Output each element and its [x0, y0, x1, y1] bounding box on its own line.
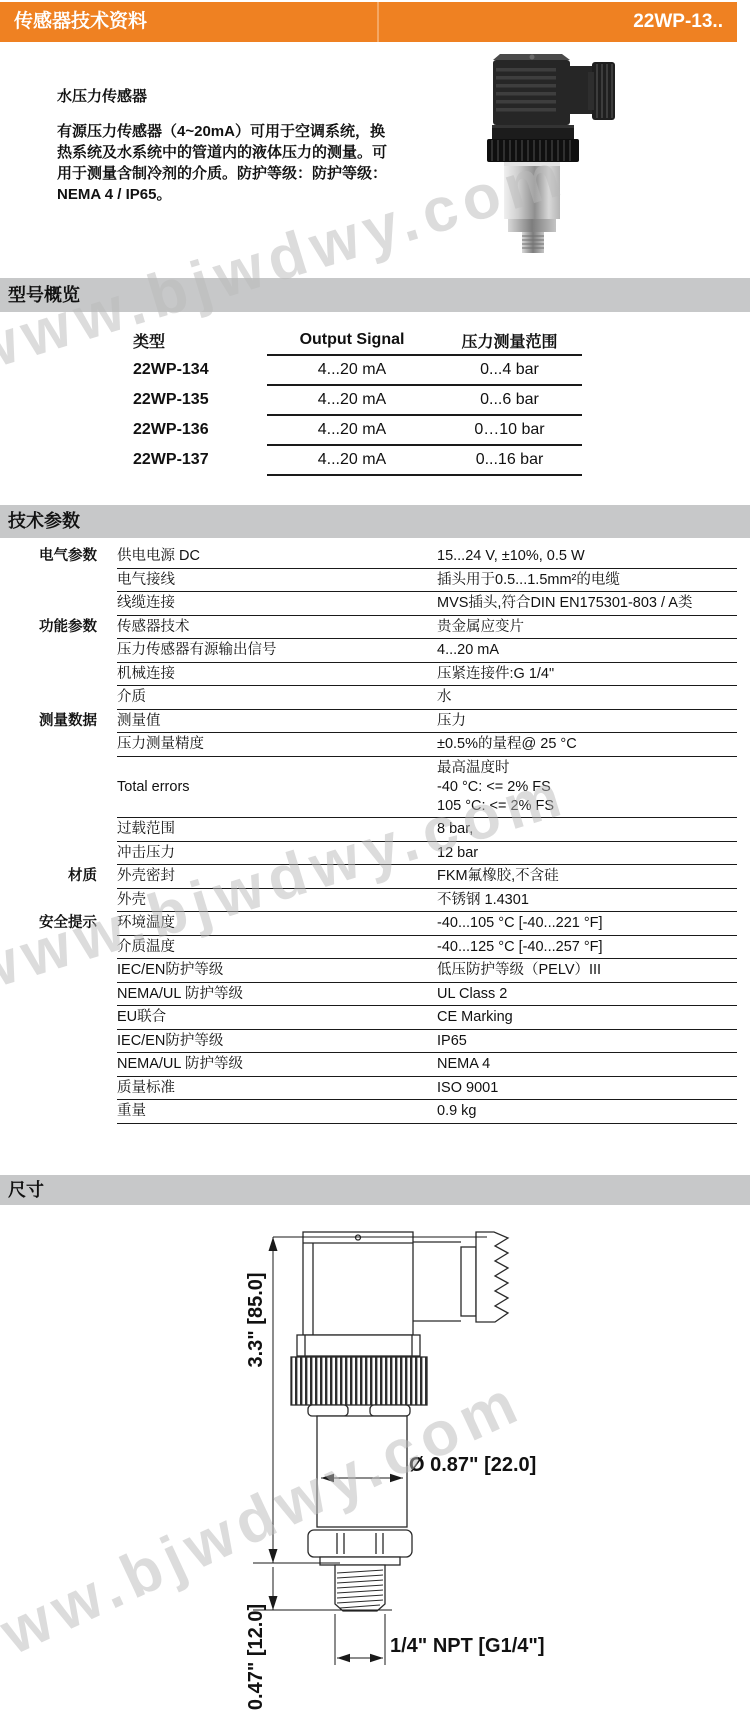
tech-category-cell: 电气参数 [10, 545, 117, 568]
tech-table-row: 压力测量精度 ±0.5%的量程@ 25 °C [10, 733, 737, 757]
model-output-cell: 4...20 mA [267, 385, 437, 415]
tech-value-cell: MVS插头,符合DIN EN175301-803 / A类 [437, 592, 737, 616]
datasheet-page: www.bjwdwy.com www.bjwdwy.com www.bjwdwy… [0, 0, 750, 1714]
model-type-cell: 22WP-137 [133, 445, 267, 475]
tech-category-cell [10, 841, 117, 865]
model-table-row: 22WP-135 4...20 mA 0...6 bar [133, 385, 582, 415]
tech-category-cell [10, 1006, 117, 1030]
tech-parameter-cell: 线缆连接 [117, 592, 437, 616]
tech-table-row: 线缆连接 MVS插头,符合DIN EN175301-803 / A类 [10, 592, 737, 616]
tech-category-cell [10, 568, 117, 592]
tech-category-cell: 材质 [10, 865, 117, 889]
tech-table-body: 电气参数 供电电源 DC 15...24 V, ±10%, 0.5 W 电气接线… [10, 545, 737, 1123]
tech-parameter-cell: IEC/EN防护等级 [117, 1029, 437, 1053]
dimensions-drawing: 3.3" [85.0] 0.47" [12.0] Ø 0.87" [22.0] … [0, 1205, 750, 1714]
tech-parameter-cell: 冲击压力 [117, 841, 437, 865]
column-header-pressure-range: 压力测量范围 [437, 326, 582, 355]
model-type-cell: 22WP-134 [133, 355, 267, 385]
tech-parameter-cell: NEMA/UL 防护等级 [117, 982, 437, 1006]
model-type-cell: 22WP-135 [133, 385, 267, 415]
product-description: 有源压力传感器（4~20mA）可用于空调系统，换热系统及水系统中的管道内的液体压… [57, 121, 397, 205]
model-range-cell: 0...4 bar [437, 355, 582, 385]
header-divider [377, 2, 379, 42]
tech-table-row: 功能参数 传感器技术 贵金属应变片 [10, 615, 737, 639]
tech-category-cell [10, 888, 117, 912]
tech-category-cell [10, 686, 117, 710]
tech-table-row: 压力传感器有源输出信号 4...20 mA [10, 639, 737, 663]
tech-value-cell: FKM氟橡胶,不含硅 [437, 865, 737, 889]
tech-table-row: 介质温度 -40...125 °C [-40...257 °F] [10, 935, 737, 959]
tech-category-cell [10, 1076, 117, 1100]
tech-parameter-cell: 机械连接 [117, 662, 437, 686]
model-table-row: 22WP-136 4...20 mA 0…10 bar [133, 415, 582, 445]
tech-table-row: Total errors 最高温度时 -40 °C: <= 2% FS 105 … [10, 756, 737, 818]
model-type-cell: 22WP-136 [133, 415, 267, 445]
tech-value-cell: 压紧连接件:G 1/4" [437, 662, 737, 686]
tech-category-cell: 测量数据 [10, 709, 117, 733]
tech-category-cell [10, 959, 117, 983]
header-model-number: 22WP-13.. [633, 2, 723, 42]
dim-diameter-label: Ø 0.87" [22.0] [409, 1454, 536, 1476]
intro-block: 水压力传感器 有源压力传感器（4~20mA）可用于空调系统，换热系统及水系统中的… [57, 86, 397, 205]
tech-value-cell: 贵金属应变片 [437, 615, 737, 639]
section-header-dims: 尺寸 [0, 1175, 750, 1205]
tech-parameter-cell: IEC/EN防护等级 [117, 959, 437, 983]
tech-table-row: IEC/EN防护等级 IP65 [10, 1029, 737, 1053]
tech-category-cell [10, 1053, 117, 1077]
tech-category-cell [10, 662, 117, 686]
tech-parameter-cell: 压力传感器有源输出信号 [117, 639, 437, 663]
header-title: 传感器技术资料 [14, 2, 147, 42]
tech-parameter-cell: NEMA/UL 防护等级 [117, 1053, 437, 1077]
tech-category-cell [10, 592, 117, 616]
tech-table-row: 质量标准 ISO 9001 [10, 1076, 737, 1100]
tech-table-row: EU联合 CE Marking [10, 1006, 737, 1030]
tech-category-cell [10, 756, 117, 818]
model-table-body: 22WP-134 4...20 mA 0...4 bar 22WP-135 4.… [133, 355, 582, 475]
tech-value-cell: 压力 [437, 709, 737, 733]
tech-parameter-cell: 传感器技术 [117, 615, 437, 639]
tech-value-cell: ±0.5%的量程@ 25 °C [437, 733, 737, 757]
model-table-header-row: 类型 Output Signal 压力测量范围 [133, 326, 582, 355]
tech-table-row: NEMA/UL 防护等级 UL Class 2 [10, 982, 737, 1006]
tech-table-row: NEMA/UL 防护等级 NEMA 4 [10, 1053, 737, 1077]
tech-parameter-cell: 电气接线 [117, 568, 437, 592]
tech-category-cell [10, 818, 117, 842]
tech-category-cell: 安全提示 [10, 912, 117, 936]
tech-table-row: 外壳 不锈钢 1.4301 [10, 888, 737, 912]
tech-value-cell: 8 bar, [437, 818, 737, 842]
tech-table-row: 安全提示 环境温度 -40...105 °C [-40...221 °F] [10, 912, 737, 936]
technical-parameters-table: 电气参数 供电电源 DC 15...24 V, ±10%, 0.5 W 电气接线… [10, 545, 737, 1124]
tech-parameter-cell: 过载范围 [117, 818, 437, 842]
column-header-output-signal: Output Signal [267, 326, 437, 355]
tech-value-cell: UL Class 2 [437, 982, 737, 1006]
tech-value-cell: ISO 9001 [437, 1076, 737, 1100]
tech-value-cell: 0.9 kg [437, 1100, 737, 1124]
dim-thread-length-label: 0.47" [12.0] [245, 1604, 267, 1710]
tech-value-cell: 插头用于0.5...1.5mm²的电缆 [437, 568, 737, 592]
tech-value-cell: 最高温度时 -40 °C: <= 2% FS 105 °C: <= 2% FS [437, 756, 737, 818]
model-table-row: 22WP-134 4...20 mA 0...4 bar [133, 355, 582, 385]
tech-category-cell [10, 982, 117, 1006]
tech-value-cell: NEMA 4 [437, 1053, 737, 1077]
header-bar: 传感器技术资料 22WP-13.. [0, 2, 737, 42]
tech-category-cell [10, 935, 117, 959]
product-name: 水压力传感器 [57, 86, 397, 107]
product-photo [440, 50, 650, 260]
tech-table-row: 重量 0.9 kg [10, 1100, 737, 1124]
tech-table-row: 电气接线 插头用于0.5...1.5mm²的电缆 [10, 568, 737, 592]
model-output-cell: 4...20 mA [267, 415, 437, 445]
model-range-cell: 0...6 bar [437, 385, 582, 415]
tech-value-cell: CE Marking [437, 1006, 737, 1030]
model-overview-table: 类型 Output Signal 压力测量范围 22WP-134 4...20 … [133, 326, 582, 476]
tech-table-row: 冲击压力 12 bar [10, 841, 737, 865]
tech-parameter-cell: EU联合 [117, 1006, 437, 1030]
model-range-cell: 0...16 bar [437, 445, 582, 475]
tech-parameter-cell: 外壳 [117, 888, 437, 912]
column-header-type: 类型 [133, 326, 267, 355]
section-header-tech: 技术参数 [0, 505, 750, 538]
tech-value-cell: 低压防护等级（PELV）III [437, 959, 737, 983]
tech-value-cell: IP65 [437, 1029, 737, 1053]
tech-category-cell [10, 1029, 117, 1053]
tech-parameter-cell: 测量值 [117, 709, 437, 733]
tech-category-cell [10, 733, 117, 757]
tech-parameter-cell: 压力测量精度 [117, 733, 437, 757]
dim-thread-label: 1/4" NPT [G1/4"] [390, 1635, 545, 1657]
tech-value-cell: 水 [437, 686, 737, 710]
tech-table-row: 介质 水 [10, 686, 737, 710]
tech-category-cell [10, 1100, 117, 1124]
section-header-models: 型号概览 [0, 278, 750, 312]
tech-category-cell [10, 639, 117, 663]
tech-parameter-cell: 重量 [117, 1100, 437, 1124]
dim-height-label: 3.3" [85.0] [245, 1272, 267, 1367]
tech-parameter-cell: 外壳密封 [117, 865, 437, 889]
tech-table-row: 电气参数 供电电源 DC 15...24 V, ±10%, 0.5 W [10, 545, 737, 568]
tech-value-cell: 15...24 V, ±10%, 0.5 W [437, 545, 737, 568]
tech-value-cell: 4...20 mA [437, 639, 737, 663]
tech-parameter-cell: 环境温度 [117, 912, 437, 936]
tech-parameter-cell: Total errors [117, 756, 437, 818]
tech-parameter-cell: 介质 [117, 686, 437, 710]
tech-parameter-cell: 质量标准 [117, 1076, 437, 1100]
tech-table-row: IEC/EN防护等级 低压防护等级（PELV）III [10, 959, 737, 983]
tech-category-cell: 功能参数 [10, 615, 117, 639]
tech-table-row: 材质 外壳密封 FKM氟橡胶,不含硅 [10, 865, 737, 889]
tech-table-row: 测量数据 测量值 压力 [10, 709, 737, 733]
model-output-cell: 4...20 mA [267, 445, 437, 475]
tech-value-cell: 12 bar [437, 841, 737, 865]
model-table-row: 22WP-137 4...20 mA 0...16 bar [133, 445, 582, 475]
tech-table-row: 过载范围 8 bar, [10, 818, 737, 842]
tech-value-cell: 不锈钢 1.4301 [437, 888, 737, 912]
tech-table-row: 机械连接 压紧连接件:G 1/4" [10, 662, 737, 686]
model-output-cell: 4...20 mA [267, 355, 437, 385]
tech-parameter-cell: 供电电源 DC [117, 545, 437, 568]
tech-value-cell: -40...105 °C [-40...221 °F] [437, 912, 737, 936]
model-range-cell: 0…10 bar [437, 415, 582, 445]
tech-parameter-cell: 介质温度 [117, 935, 437, 959]
tech-value-cell: -40...125 °C [-40...257 °F] [437, 935, 737, 959]
